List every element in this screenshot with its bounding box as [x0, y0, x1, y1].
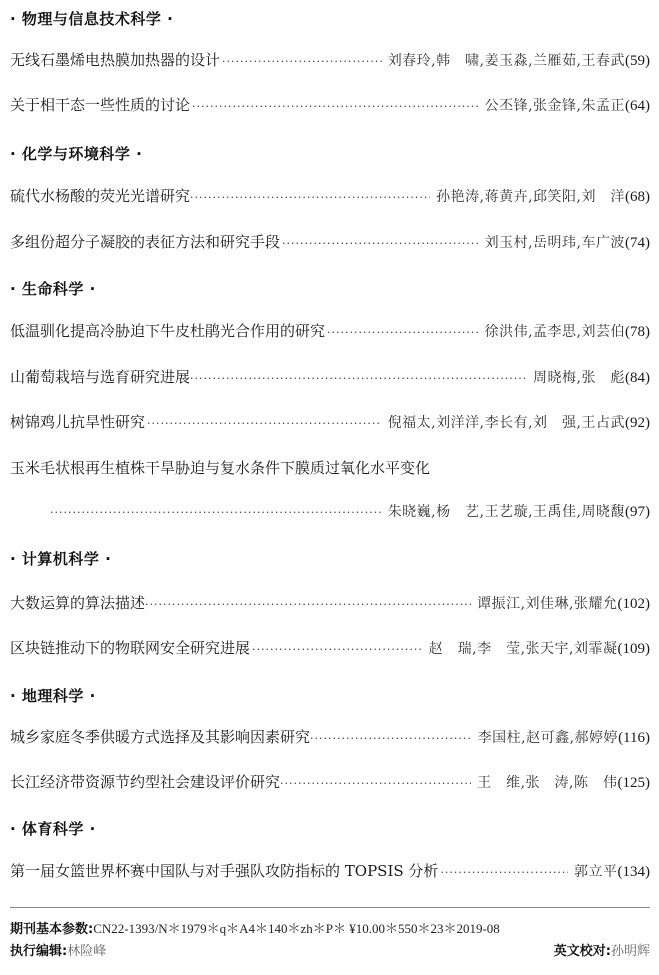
article-authors: 赵 瑞,李 莹,张天宇,刘霏凝: [429, 639, 618, 659]
footer-divider: [10, 907, 650, 908]
toc-entry[interactable]: 多组份超分子凝胶的表征方法和研究手段 ·····················…: [10, 232, 650, 254]
article-authors: 谭振江,刘佳琳,张耀允: [477, 594, 617, 614]
page-number: (97): [625, 502, 650, 522]
dot-leader: ········································…: [145, 595, 471, 615]
dot-leader: ········································…: [280, 774, 471, 794]
toc-entry[interactable]: 大数运算的算法描述 ······························…: [10, 593, 650, 615]
proofreader-name: 孙明辉: [611, 943, 650, 958]
toc-entry[interactable]: ········································…: [50, 502, 650, 523]
dot-leader: ········································…: [50, 503, 382, 523]
dot-leader: ········································…: [190, 369, 527, 389]
article-title[interactable]: 玉米毛状根再生植株干旱胁迫与复水条件下膜质过氧化水平变化: [10, 457, 430, 478]
toc-entry[interactable]: 硫代水杨酸的荧光光谱研究 ···························…: [10, 186, 650, 208]
section-heading-physics: · 物理与信息技术科学 ·: [10, 8, 173, 29]
page-number: (68): [625, 187, 650, 207]
article-authors: 公丕锋,张金锋,朱孟正: [485, 96, 625, 116]
editor-credits: 执行编辑:林险峰 英文校对:孙明辉: [10, 940, 650, 959]
dot-leader: ········································…: [440, 863, 568, 883]
article-title[interactable]: 长江经济带资源节约型社会建设评价研究: [10, 772, 280, 792]
dot-leader: ········································…: [222, 52, 382, 72]
article-authors: 徐洪伟,孟李思,刘芸伯: [485, 322, 625, 342]
article-authors: 王 维,张 涛,陈 伟: [477, 773, 617, 793]
params-value: CN22-1393/N＊1979＊q＊A4＊140＊zh＊P＊ ¥10.00＊5…: [93, 921, 500, 936]
page-number: (116): [618, 728, 650, 748]
article-authors: 孙艳涛,蒋黄卉,邱笑阳,刘 洋: [436, 187, 625, 207]
article-authors: 刘春玲,韩 啸,姜玉淼,兰雁茹,王春武: [388, 51, 625, 71]
page-number: (78): [625, 322, 650, 342]
toc-entry[interactable]: 城乡家庭冬季供暖方式选择及其影响因素研究 ···················…: [10, 727, 650, 749]
article-title[interactable]: 低温驯化提高冷胁迫下牛皮杜鹃光合作用的研究: [10, 321, 325, 341]
dot-leader: ········································…: [252, 640, 423, 660]
article-title[interactable]: 大数运算的算法描述: [10, 593, 145, 613]
dot-leader: ········································…: [282, 234, 479, 254]
params-label: 期刊基本参数:: [10, 922, 93, 937]
article-title[interactable]: 树锦鸡儿抗旱性研究: [10, 412, 145, 432]
article-title[interactable]: 区块链推动下的物联网安全研究进展: [10, 638, 250, 658]
article-title[interactable]: 关于相干态一些性质的讨论: [10, 95, 190, 115]
article-title[interactable]: 无线石墨烯电热膜加热器的设计: [10, 50, 220, 70]
page-number: (84): [625, 368, 650, 388]
article-authors: 倪福太,刘洋洋,李长有,刘 强,王占武: [388, 413, 625, 433]
section-heading-geography: · 地理科学 ·: [10, 685, 96, 706]
section-heading-computer-science: · 计算机科学 ·: [10, 548, 111, 569]
page-number: (64): [625, 96, 650, 116]
page-number: (109): [618, 639, 651, 659]
article-authors: 刘玉村,岳明玮,车广波: [485, 233, 625, 253]
section-heading-sports-science: · 体育科学 ·: [10, 818, 96, 839]
toc-entry[interactable]: 第一届女篮世界杯赛中国队与对手强队攻防指标的 TOPSIS 分析 ·······…: [10, 861, 650, 883]
dot-leader: ········································…: [310, 729, 472, 749]
dot-leader: ········································…: [192, 97, 479, 117]
section-heading-chemistry: · 化学与环境科学 ·: [10, 143, 142, 164]
article-title[interactable]: 多组份超分子凝胶的表征方法和研究手段: [10, 232, 280, 252]
dot-leader: ········································…: [190, 188, 430, 208]
journal-parameters: 期刊基本参数:CN22-1393/N＊1979＊q＊A4＊140＊zh＊P＊ ¥…: [10, 918, 650, 937]
article-authors: 李国柱,赵可鑫,郝婷婷: [478, 728, 618, 748]
article-authors: 朱晓巍,杨 艺,王艺璇,王禹佳,周晓馥: [388, 502, 625, 522]
page-number: (125): [618, 773, 651, 793]
article-authors: 郭立平: [574, 862, 618, 882]
proofreader-label: 英文校对:: [554, 944, 611, 959]
page-number: (74): [625, 233, 650, 253]
editor-name: 林险峰: [67, 943, 106, 958]
toc-entry[interactable]: 低温驯化提高冷胁迫下牛皮杜鹃光合作用的研究 ··················…: [10, 321, 650, 343]
page-number: (92): [625, 413, 650, 433]
editor-label: 执行编辑:: [10, 944, 67, 959]
toc-entry[interactable]: 长江经济带资源节约型社会建设评价研究 ·····················…: [10, 772, 650, 794]
toc-entry[interactable]: 无线石墨烯电热膜加热器的设计 ·························…: [10, 50, 650, 72]
section-heading-life-science: · 生命科学 ·: [10, 278, 96, 299]
article-title[interactable]: 第一届女篮世界杯赛中国队与对手强队攻防指标的 TOPSIS 分析: [10, 861, 438, 881]
toc-entry[interactable]: 树锦鸡儿抗旱性研究 ······························…: [10, 412, 650, 434]
article-title[interactable]: 硫代水杨酸的荧光光谱研究: [10, 186, 190, 206]
page-number: (134): [618, 862, 651, 882]
article-title[interactable]: 城乡家庭冬季供暖方式选择及其影响因素研究: [10, 727, 310, 747]
page-number: (102): [618, 594, 651, 614]
toc-entry[interactable]: 关于相干态一些性质的讨论 ···························…: [10, 95, 650, 117]
toc-entry[interactable]: 山葡萄栽培与选育研究进展 ···························…: [10, 367, 650, 389]
toc-entry[interactable]: 区块链推动下的物联网安全研究进展 ·······················…: [10, 638, 650, 660]
dot-leader: ········································…: [147, 414, 382, 434]
article-authors: 周晓梅,张 彪: [533, 368, 625, 388]
article-title[interactable]: 山葡萄栽培与选育研究进展: [10, 367, 190, 387]
page-number: (59): [625, 51, 650, 71]
dot-leader: ········································…: [327, 323, 479, 343]
